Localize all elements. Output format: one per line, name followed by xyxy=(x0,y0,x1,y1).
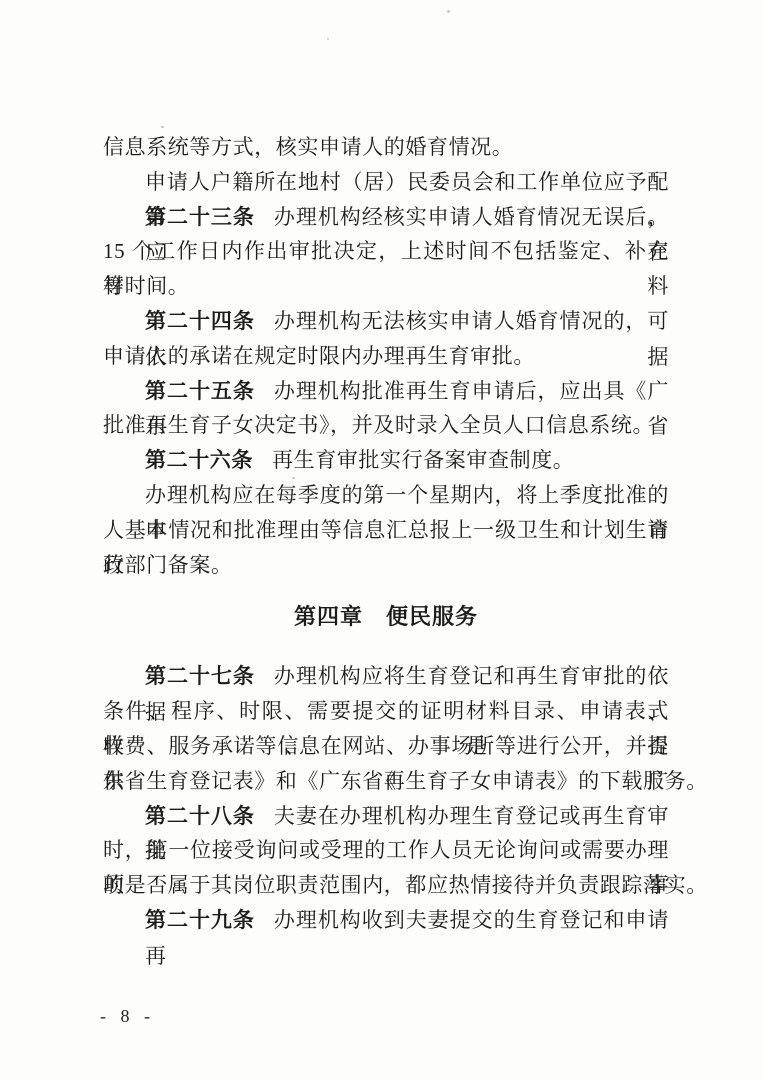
line-text: 项是否属于其岗位职责范围内，都应热情接待并负责跟踪落实。 xyxy=(103,873,708,897)
article-line: 第二十八条夫妻在办理机构办理生育登记或再生育审批 xyxy=(103,799,669,834)
text-line: 人基本情况和批准理由等信息汇总报上一级卫生和计划生育行 xyxy=(103,513,669,548)
article-line: 第二十三条办理机构经核实申请人婚育情况无误后，应在 xyxy=(103,200,669,235)
article-number: 第二十六条 xyxy=(145,449,253,472)
text-line: 东省生育登记表》和《广东省再生育子女申请表》的下载服务。 xyxy=(103,764,669,799)
line-text: 批准再生育子女决定书》，并及时录入全员人口信息系统。 xyxy=(103,413,654,437)
text-line: 时，第一位接受询问或受理的工作人员无论询问或需要办理的事 xyxy=(103,833,669,868)
line-text: 再生育审批实行备案审查制度。 xyxy=(272,448,574,472)
article-number: 第二十四条 xyxy=(145,310,255,333)
text-line: 条件、程序、时限、需要提交的证明材料目录、申请表式样、是否 xyxy=(103,694,669,729)
page-number: - 8 - xyxy=(100,1006,155,1027)
article-line: 第二十六条再生育审批实行备案审查制度。 xyxy=(103,443,669,478)
article-number: 第二十五条 xyxy=(145,380,255,403)
text-line: 15 个工作日内作出审批决定，上述时间不包括鉴定、补充材料 xyxy=(103,234,669,269)
text-line: 申请人户籍所在地村（居）民委员会和工作单位应予配合。 xyxy=(103,165,669,200)
text-line: 信息系统等方式，核实申请人的婚育情况。 xyxy=(103,130,669,165)
article-number: 第二十九条 xyxy=(145,909,255,932)
text-line: 政部门备案。 xyxy=(103,548,669,583)
scan-speck xyxy=(327,38,329,40)
line-text: 东省生育登记表》和《广东省再生育子女申请表》的下载服务。 xyxy=(103,769,708,793)
scan-speck xyxy=(161,126,164,128)
article-line: 第二十四条办理机构无法核实申请人婚育情况的，可依据 xyxy=(103,304,669,339)
article-line: 第二十七条办理机构应将生育登记和再生育审批的依据、 xyxy=(103,659,669,694)
line-text: 申请人的承诺在规定时限内办理再生育审批。 xyxy=(103,344,535,368)
article-line: 第二十五条办理机构批准再生育申请后，应出具《广东省 xyxy=(103,374,669,409)
line-text: 信息系统等方式，核实申请人的婚育情况。 xyxy=(103,135,513,159)
text-line: 批准再生育子女决定书》，并及时录入全员人口信息系统。 xyxy=(103,408,669,443)
text-line: 收费、服务承诺等信息在网站、办事场所等进行公开，并提供《广 xyxy=(103,729,669,764)
article-number: 第二十七条 xyxy=(145,665,255,688)
text-line: 办理机构应在每季度的第一个星期内，将上季度批准的申请 xyxy=(103,478,669,513)
article-line: 第二十九条办理机构收到夫妻提交的生育登记和申请再 xyxy=(103,903,669,938)
scan-speck xyxy=(447,10,450,13)
text-line: 项是否属于其岗位职责范围内，都应热情接待并负责跟踪落实。 xyxy=(103,868,669,903)
line-text: 政部门备案。 xyxy=(103,553,233,577)
page-body: 信息系统等方式，核实申请人的婚育情况。申请人户籍所在地村（居）民委员会和工作单位… xyxy=(103,130,669,938)
chapter-heading: 第四章 便民服务 xyxy=(103,598,669,636)
line-text: 等时间。 xyxy=(103,274,189,298)
article-number: 第二十八条 xyxy=(145,805,255,828)
article-number: 第二十三条 xyxy=(145,206,255,229)
scanned-document-page: 信息系统等方式，核实申请人的婚育情况。申请人户籍所在地村（居）民委员会和工作单位… xyxy=(0,0,763,1080)
